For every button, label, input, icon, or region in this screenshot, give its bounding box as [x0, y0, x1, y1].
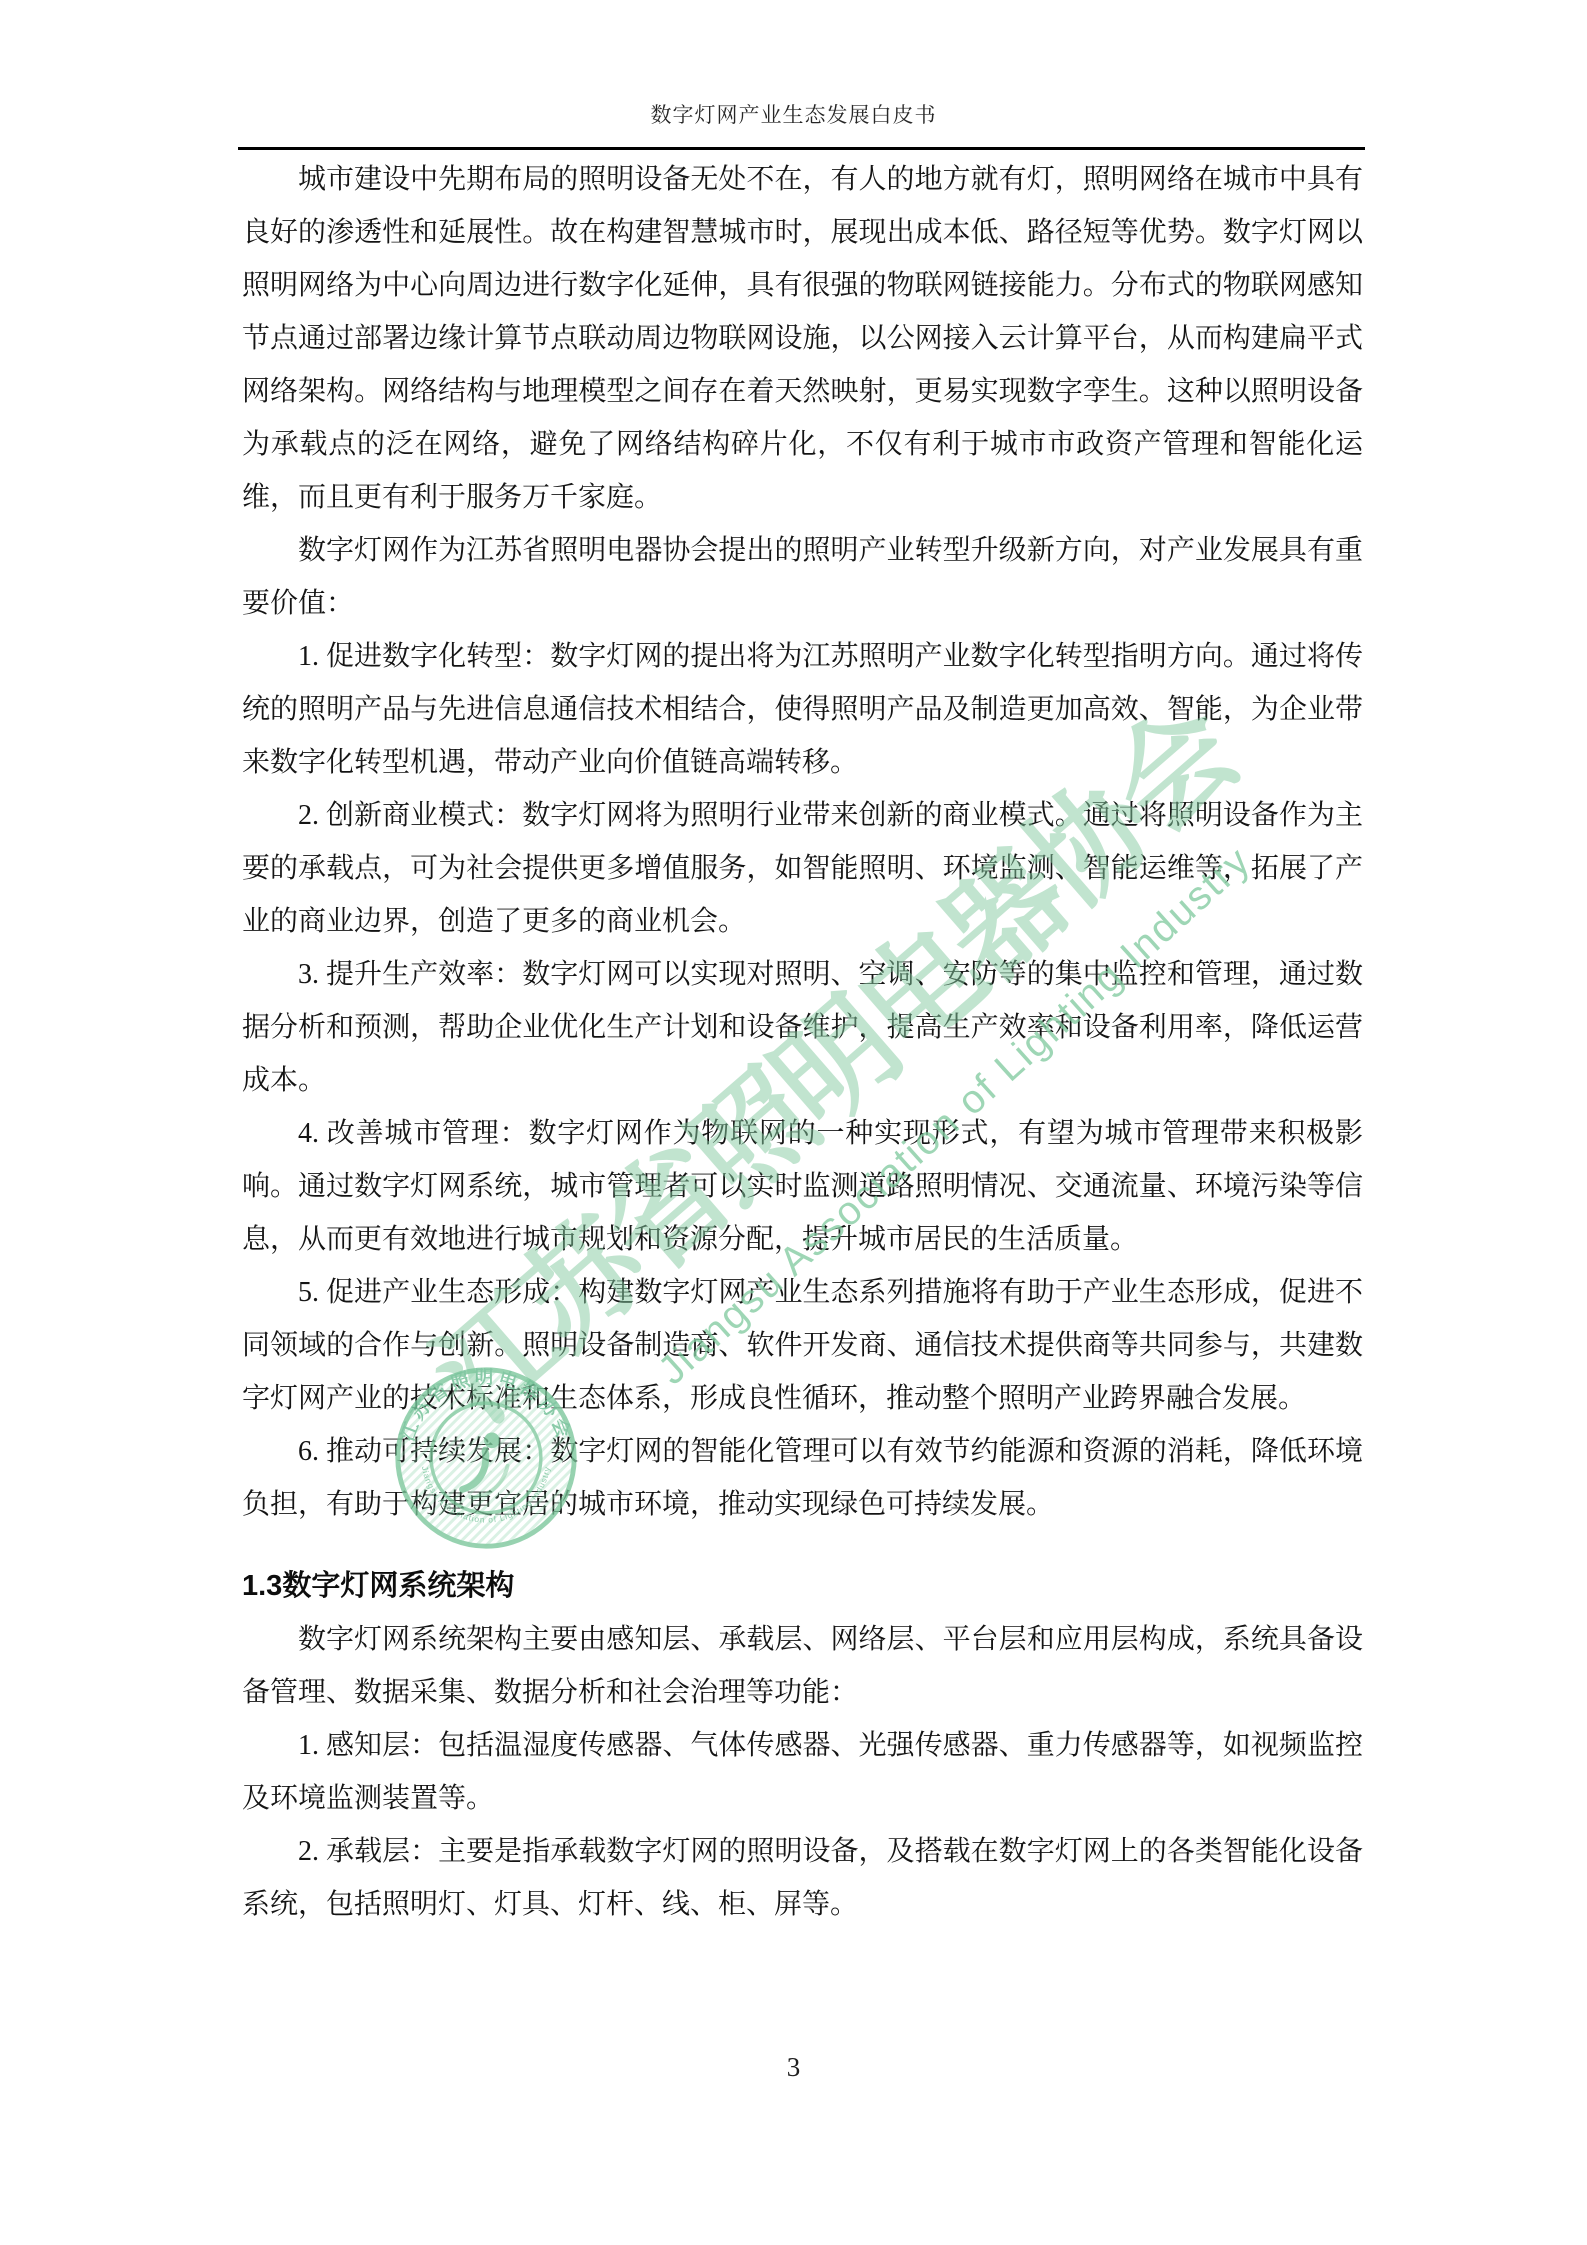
document-page: 数字灯网产业生态发展白皮书 城市建设中先期布局的照明设备无处不在，有人的地方就有…	[0, 0, 1587, 2245]
numbered-item-sense-layer: 1. 感知层：包括温湿度传感器、气体传感器、光强传感器、重力传感器等，如视频监控…	[242, 1719, 1363, 1825]
header-divider	[238, 147, 1365, 150]
header-title: 数字灯网产业生态发展白皮书	[0, 99, 1587, 129]
document-body: 城市建设中先期布局的照明设备无处不在，有人的地方就有灯，照明网络在城市中具有良好…	[242, 153, 1363, 1931]
numbered-item-6: 6. 推动可持续发展：数字灯网的智能化管理可以有效节约能源和资源的消耗，降低环境…	[242, 1425, 1363, 1531]
paragraph: 数字灯网系统架构主要由感知层、承载层、网络层、平台层和应用层构成，系统具备设备管…	[242, 1613, 1363, 1719]
numbered-item-4: 4. 改善城市管理：数字灯网作为物联网的一种实现形式，有望为城市管理带来积极影响…	[242, 1107, 1363, 1266]
numbered-item-5: 5. 促进产业生态形成：构建数字灯网产业生态系列措施将有助于产业生态形成，促进不…	[242, 1266, 1363, 1425]
numbered-item-2: 2. 创新商业模式：数字灯网将为照明行业带来创新的商业模式。通过将照明设备作为主…	[242, 789, 1363, 948]
section-heading: 1.3数字灯网系统架构	[242, 1560, 1363, 1613]
numbered-item-3: 3. 提升生产效率：数字灯网可以实现对照明、空调、安防等的集中监控和管理，通过数…	[242, 948, 1363, 1107]
numbered-item-1: 1. 促进数字化转型：数字灯网的提出将为江苏照明产业数字化转型指明方向。通过将传…	[242, 630, 1363, 789]
paragraph: 数字灯网作为江苏省照明电器协会提出的照明产业转型升级新方向，对产业发展具有重要价…	[242, 524, 1363, 630]
paragraph: 城市建设中先期布局的照明设备无处不在，有人的地方就有灯，照明网络在城市中具有良好…	[242, 153, 1363, 524]
page-number: 3	[0, 2052, 1587, 2083]
numbered-item-carrier-layer: 2. 承载层：主要是指承载数字灯网的照明设备，及搭载在数字灯网上的各类智能化设备…	[242, 1825, 1363, 1931]
